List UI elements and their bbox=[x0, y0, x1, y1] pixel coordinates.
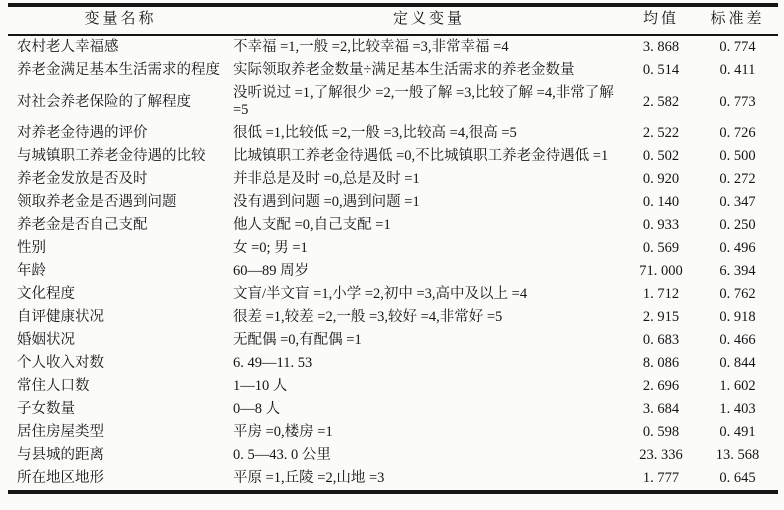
mean-cell: 2. 522 bbox=[625, 122, 697, 145]
mean-cell: 0. 598 bbox=[625, 421, 697, 444]
table-row: 领取养老金是否遇到问题 没有遇到问题 =0,遇到问题 =1 0. 140 0. … bbox=[8, 191, 778, 214]
definition-cell: 0—8 人 bbox=[233, 398, 625, 421]
mean-cell: 0. 683 bbox=[625, 329, 697, 352]
definition-cell: 没听说过 =1,了解很少 =2,一般了解 =3,比较了解 =4,非常了解 =5 bbox=[233, 82, 625, 122]
table-row: 个人收入对数 6. 49—11. 53 8. 086 0. 844 bbox=[8, 352, 778, 375]
std-dev-cell: 0. 918 bbox=[697, 306, 778, 329]
std-dev-cell: 0. 250 bbox=[697, 214, 778, 237]
mean-cell: 1. 712 bbox=[625, 283, 697, 306]
mean-cell: 3. 684 bbox=[625, 398, 697, 421]
table-row: 文化程度 文盲/半文盲 =1,小学 =2,初中 =3,高中及以上 =4 1. 7… bbox=[8, 283, 778, 306]
variable-name-cell: 文化程度 bbox=[8, 283, 233, 306]
mean-cell: 0. 920 bbox=[625, 168, 697, 191]
variable-name-cell: 与城镇职工养老金待遇的比较 bbox=[8, 145, 233, 168]
mean-cell: 71. 000 bbox=[625, 260, 697, 283]
definition-cell: 平原 =1,丘陵 =2,山地 =3 bbox=[233, 467, 625, 492]
mean-cell: 2. 582 bbox=[625, 82, 697, 122]
definition-cell: 并非总是及时 =0,总是及时 =1 bbox=[233, 168, 625, 191]
mean-cell: 8. 086 bbox=[625, 352, 697, 375]
mean-cell: 2. 696 bbox=[625, 375, 697, 398]
variable-name-cell: 常住人口数 bbox=[8, 375, 233, 398]
definition-cell: 60—89 周岁 bbox=[233, 260, 625, 283]
definition-cell: 6. 49—11. 53 bbox=[233, 352, 625, 375]
definition-cell: 比城镇职工养老金待遇低 =0,不比城镇职工养老金待遇低 =1 bbox=[233, 145, 625, 168]
std-dev-cell: 0. 466 bbox=[697, 329, 778, 352]
definition-cell: 很低 =1,比较低 =2,一般 =3,比较高 =4,很高 =5 bbox=[233, 122, 625, 145]
table-row: 居住房屋类型 平房 =0,楼房 =1 0. 598 0. 491 bbox=[8, 421, 778, 444]
table-row: 农村老人幸福感 不幸福 =1,一般 =2,比较幸福 =3,非常幸福 =4 3. … bbox=[8, 35, 778, 59]
header-row: 变量名称 定义变量 均值 标准差 bbox=[8, 5, 778, 35]
definition-cell: 无配偶 =0,有配偶 =1 bbox=[233, 329, 625, 352]
table-row: 所在地区地形 平原 =1,丘陵 =2,山地 =3 1. 777 0. 645 bbox=[8, 467, 778, 492]
mean-cell: 23. 336 bbox=[625, 444, 697, 467]
std-dev-cell: 0. 726 bbox=[697, 122, 778, 145]
mean-cell: 1. 777 bbox=[625, 467, 697, 492]
mean-cell: 0. 514 bbox=[625, 59, 697, 82]
mean-cell: 3. 868 bbox=[625, 35, 697, 59]
std-dev-cell: 0. 844 bbox=[697, 352, 778, 375]
definition-cell: 不幸福 =1,一般 =2,比较幸福 =3,非常幸福 =4 bbox=[233, 35, 625, 59]
variable-name-cell: 养老金是否自己支配 bbox=[8, 214, 233, 237]
table-row: 性别 女 =0; 男 =1 0. 569 0. 496 bbox=[8, 237, 778, 260]
std-dev-cell: 0. 496 bbox=[697, 237, 778, 260]
definition-cell: 平房 =0,楼房 =1 bbox=[233, 421, 625, 444]
definition-cell: 他人支配 =0,自己支配 =1 bbox=[233, 214, 625, 237]
header-mean: 均值 bbox=[625, 5, 697, 35]
table-row: 与县城的距离 0. 5—43. 0 公里 23. 336 13. 568 bbox=[8, 444, 778, 467]
table-row: 与城镇职工养老金待遇的比较 比城镇职工养老金待遇低 =0,不比城镇职工养老金待遇… bbox=[8, 145, 778, 168]
definition-cell: 实际领取养老金数量÷满足基本生活需求的养老金数量 bbox=[233, 59, 625, 82]
variable-name-cell: 性别 bbox=[8, 237, 233, 260]
variable-name-cell: 自评健康状况 bbox=[8, 306, 233, 329]
mean-cell: 0. 140 bbox=[625, 191, 697, 214]
std-dev-cell: 0. 645 bbox=[697, 467, 778, 492]
mean-cell: 2. 915 bbox=[625, 306, 697, 329]
variable-name-cell: 居住房屋类型 bbox=[8, 421, 233, 444]
table-row: 养老金满足基本生活需求的程度 实际领取养老金数量÷满足基本生活需求的养老金数量 … bbox=[8, 59, 778, 82]
std-dev-cell: 6. 394 bbox=[697, 260, 778, 283]
std-dev-cell: 1. 403 bbox=[697, 398, 778, 421]
variable-name-cell: 对社会养老保险的了解程度 bbox=[8, 82, 233, 122]
table-row: 常住人口数 1—10 人 2. 696 1. 602 bbox=[8, 375, 778, 398]
std-dev-cell: 13. 568 bbox=[697, 444, 778, 467]
mean-cell: 0. 569 bbox=[625, 237, 697, 260]
variable-name-cell: 年龄 bbox=[8, 260, 233, 283]
std-dev-cell: 0. 347 bbox=[697, 191, 778, 214]
header-variable-name: 变量名称 bbox=[8, 5, 233, 35]
std-dev-cell: 0. 774 bbox=[697, 35, 778, 59]
table-row: 子女数量 0—8 人 3. 684 1. 403 bbox=[8, 398, 778, 421]
variable-name-cell: 子女数量 bbox=[8, 398, 233, 421]
table-row: 婚姻状况 无配偶 =0,有配偶 =1 0. 683 0. 466 bbox=[8, 329, 778, 352]
table-row: 自评健康状况 很差 =1,较差 =2,一般 =3,较好 =4,非常好 =5 2.… bbox=[8, 306, 778, 329]
std-dev-cell: 0. 491 bbox=[697, 421, 778, 444]
table-row: 年龄 60—89 周岁 71. 000 6. 394 bbox=[8, 260, 778, 283]
variables-summary-table: 变量名称 定义变量 均值 标准差 农村老人幸福感 不幸福 =1,一般 =2,比较… bbox=[8, 3, 778, 494]
mean-cell: 0. 502 bbox=[625, 145, 697, 168]
variable-name-cell: 与县城的距离 bbox=[8, 444, 233, 467]
header-definition: 定义变量 bbox=[233, 5, 625, 35]
mean-cell: 0. 933 bbox=[625, 214, 697, 237]
std-dev-cell: 0. 411 bbox=[697, 59, 778, 82]
table-row: 对养老金待遇的评价 很低 =1,比较低 =2,一般 =3,比较高 =4,很高 =… bbox=[8, 122, 778, 145]
variable-name-cell: 农村老人幸福感 bbox=[8, 35, 233, 59]
variable-name-cell: 所在地区地形 bbox=[8, 467, 233, 492]
definition-cell: 女 =0; 男 =1 bbox=[233, 237, 625, 260]
definition-cell: 没有遇到问题 =0,遇到问题 =1 bbox=[233, 191, 625, 214]
header-std-dev: 标准差 bbox=[697, 5, 778, 35]
table-row: 养老金发放是否及时 并非总是及时 =0,总是及时 =1 0. 920 0. 27… bbox=[8, 168, 778, 191]
variable-name-cell: 养老金发放是否及时 bbox=[8, 168, 233, 191]
definition-cell: 0. 5—43. 0 公里 bbox=[233, 444, 625, 467]
std-dev-cell: 0. 500 bbox=[697, 145, 778, 168]
std-dev-cell: 0. 773 bbox=[697, 82, 778, 122]
std-dev-cell: 0. 272 bbox=[697, 168, 778, 191]
definition-cell: 很差 =1,较差 =2,一般 =3,较好 =4,非常好 =5 bbox=[233, 306, 625, 329]
table-row: 养老金是否自己支配 他人支配 =0,自己支配 =1 0. 933 0. 250 bbox=[8, 214, 778, 237]
definition-cell: 文盲/半文盲 =1,小学 =2,初中 =3,高中及以上 =4 bbox=[233, 283, 625, 306]
paper-page: 变量名称 定义变量 均值 标准差 农村老人幸福感 不幸福 =1,一般 =2,比较… bbox=[0, 0, 784, 510]
variable-name-cell: 对养老金待遇的评价 bbox=[8, 122, 233, 145]
variable-name-cell: 婚姻状况 bbox=[8, 329, 233, 352]
std-dev-cell: 1. 602 bbox=[697, 375, 778, 398]
variable-name-cell: 养老金满足基本生活需求的程度 bbox=[8, 59, 233, 82]
table-row: 对社会养老保险的了解程度 没听说过 =1,了解很少 =2,一般了解 =3,比较了… bbox=[8, 82, 778, 122]
variable-name-cell: 领取养老金是否遇到问题 bbox=[8, 191, 233, 214]
definition-cell: 1—10 人 bbox=[233, 375, 625, 398]
variable-name-cell: 个人收入对数 bbox=[8, 352, 233, 375]
table-body: 农村老人幸福感 不幸福 =1,一般 =2,比较幸福 =3,非常幸福 =4 3. … bbox=[8, 35, 778, 492]
std-dev-cell: 0. 762 bbox=[697, 283, 778, 306]
